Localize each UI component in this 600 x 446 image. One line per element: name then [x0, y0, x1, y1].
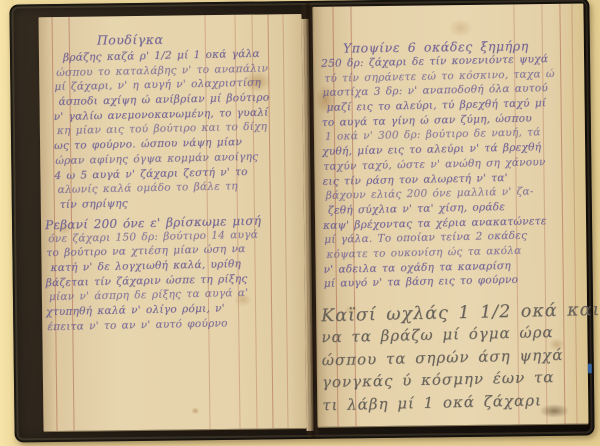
recipe-title: Πουδίγκα: [97, 32, 164, 48]
notebook-page-left: Πουδίγκα βράζης καζά ρ' 1/2 μί 1 οκά γάλ…: [39, 14, 307, 431]
age-stain: [191, 407, 199, 414]
red-rule-line: [282, 14, 288, 428]
handwritten-line: τίν σηρίψης: [60, 194, 271, 213]
age-stain: [449, 19, 473, 37]
recipe-pencil-paragraph: Καϊσί ωχλάς 1 1/2 οκά και,να τα βράζω μί…: [321, 301, 600, 416]
notebook-page-right: Υποψίνε 6 οκάδες ξημήρη 250 δρ: ζάχαρι δ…: [312, 4, 588, 427]
photograph-of-open-notebook: Πουδίγκα βράζης καζά ρ' 1/2 μί 1 οκά γάλ…: [0, 0, 600, 446]
handwritten-line: μί αυγό ν' τα βάση εις το φούρνο: [324, 273, 558, 293]
recipe-heading: Υποψίνε 6 οκάδες ξημήρη: [343, 38, 529, 55]
recipe-paragraph-2: Ρεβανί 200 όνε ε' βρίσκωμε μισήόνε ζάχαρ…: [45, 214, 263, 334]
recipe-paragraph-1: βράζης καζά ρ' 1/2 μί 1 οκά γάλαώσπου το…: [53, 48, 271, 212]
notebook-cover: Πουδίγκα βράζης καζά ρ' 1/2 μί 1 οκά γάλ…: [9, 0, 594, 443]
recipe-ink-paragraph: 250 δρ: ζάχαρι δε τίν κονενιόντε ψυχάτύ …: [321, 54, 557, 292]
blue-paint-speck: [588, 363, 592, 373]
